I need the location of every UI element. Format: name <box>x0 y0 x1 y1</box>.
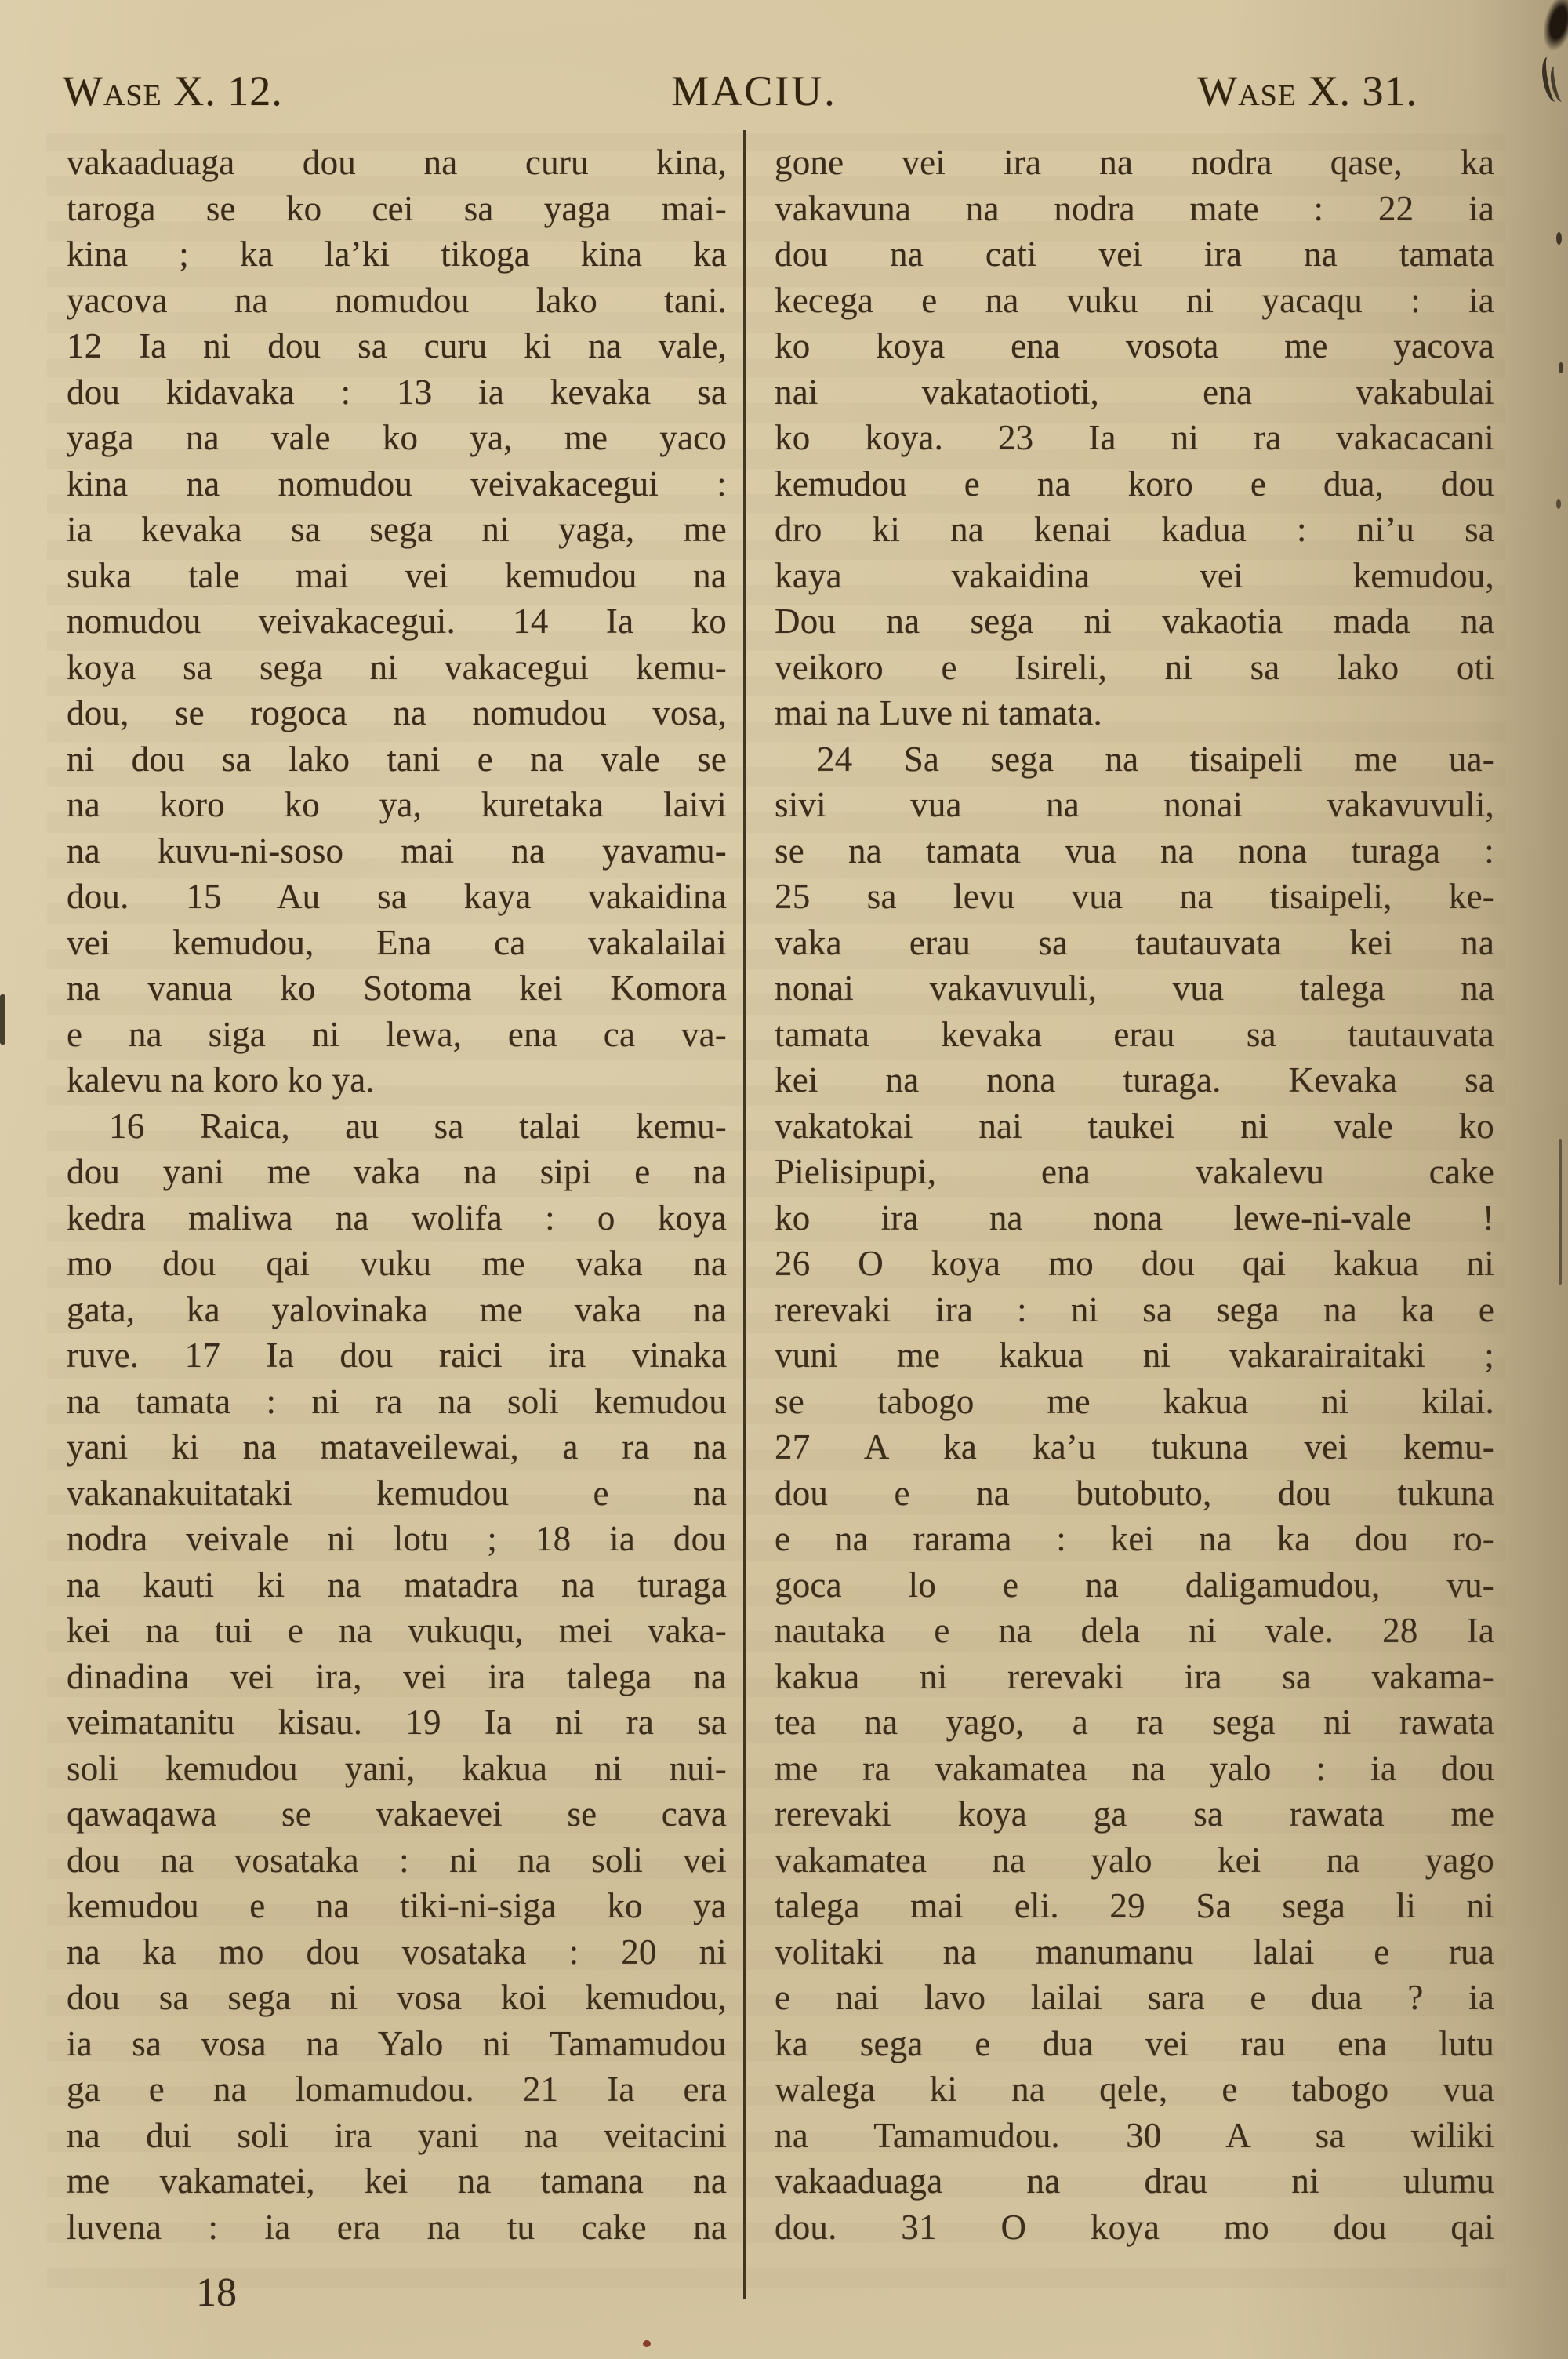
text-line: na ka mo dou vosataka : 20 ni <box>67 1929 727 1976</box>
text-line: Pielisipupi, ena vakalevu cake <box>775 1149 1494 1195</box>
text-line: qawaqawa se vakaevei se cava <box>67 1791 727 1837</box>
text-line: na tamata : ni ra na soli kemudou <box>67 1379 727 1425</box>
text-line: vuni me kakua ni vakarairaitaki ; <box>775 1332 1494 1379</box>
text-line: na kuvu-ni-soso mai na yavamu- <box>67 828 727 874</box>
text-line: nonai vakavuvuli, vua talega na <box>775 965 1494 1012</box>
text-line: volitaki na manumanu lalai e rua <box>775 1929 1494 1976</box>
text-line: ni dou sa lako tani e na vale se <box>67 736 727 783</box>
text-line: nodra veivale ni lotu ; 18 ia dou <box>67 1516 727 1562</box>
text-line: na dui soli ira yani na veitacini <box>67 2113 727 2159</box>
running-head-title: MACIU. <box>671 67 837 114</box>
text-line: na koro ko ya, kuretaka laivi <box>67 782 727 828</box>
text-line: luvena : ia era na tu cake na <box>67 2205 727 2251</box>
text-line: tea na yago, a ra sega ni rawata <box>775 1699 1494 1746</box>
paper-speck <box>1559 362 1563 373</box>
text-line: ka sega e dua vei rau ena lutu <box>775 2021 1494 2067</box>
ink-blot-top-right <box>1538 0 1568 54</box>
text-line: kei na nona turaga. Kevaka sa <box>775 1057 1494 1103</box>
edge-scratch <box>1559 1139 1562 1285</box>
text-line: ko koya ena vosota me yacova <box>775 323 1494 369</box>
text-line: dou, se rogoca na nomudou vosa, <box>67 690 727 736</box>
text-line: e na siga ni lewa, ena ca va- <box>67 1012 727 1058</box>
text-line: dinadina vei ira, vei ira talega na <box>67 1654 727 1700</box>
text-line: dou yani me vaka na sipi e na <box>67 1149 727 1195</box>
text-line: rerevaki ira : ni sa sega na ka e <box>775 1287 1494 1333</box>
text-line: se na tamata vua na nona turaga : <box>775 828 1494 874</box>
text-line: vakaaduaga dou na curu kina, <box>67 140 727 186</box>
text-line: kecega e na vuku ni yacaqu : ia <box>775 278 1494 324</box>
text-line: kina ; ka la’ki tikoga kina ka <box>67 231 727 278</box>
text-line: ko koya. 23 Ia ni ra vakacacani <box>775 415 1494 461</box>
text-line: kaya vakaidina vei kemudou, <box>775 553 1494 599</box>
text-line: dou sa sega ni vosa koi kemudou, <box>67 1975 727 2021</box>
text-line: kalevu na koro ko ya. <box>67 1057 727 1103</box>
right-column: gone vei ira na nodra qase, kavakavuna n… <box>775 140 1494 2250</box>
text-line: veikoro e Isireli, ni sa lako oti <box>775 645 1494 691</box>
text-line: gata, ka yalovinaka me vaka na <box>67 1287 727 1333</box>
text-line: ga e na lomamudou. 21 Ia era <box>67 2066 727 2113</box>
text-line: dro ki na kenai kadua : ni’u sa <box>775 507 1494 553</box>
text-line: veimatanitu kisau. 19 Ia ni ra sa <box>67 1699 727 1746</box>
text-line: goca lo e na daligamudou, vu- <box>775 1562 1494 1608</box>
text-line: e na rarama : kei na ka dou ro- <box>775 1516 1494 1562</box>
page-number: 18 <box>196 2270 237 2316</box>
text-line: talega mai eli. 29 Sa sega li ni <box>775 1883 1494 1929</box>
text-line: vakamatea na yalo kei na yago <box>775 1837 1494 1884</box>
text-line: 16 Raica, au sa talai kemu- <box>67 1103 727 1150</box>
running-head-left: Wase X. 12. <box>63 67 283 114</box>
text-line: kei na tui e na vukuqu, mei vaka- <box>67 1608 727 1654</box>
text-line: nai vakataotioti, ena vakabulai <box>775 369 1494 416</box>
text-line: dou. 31 O koya mo dou qai <box>775 2205 1494 2251</box>
text-line: kemudou e na koro e dua, dou <box>775 461 1494 507</box>
text-line: e nai lavo lailai sara e dua ? ia <box>775 1975 1494 2021</box>
text-line: 24 Sa sega na tisaipeli me ua- <box>775 736 1494 783</box>
text-line: 27 A ka ka’u tukuna vei kemu- <box>775 1424 1494 1470</box>
text-line: vakaaduaga na drau ni ulumu <box>775 2158 1494 2205</box>
text-line: kedra maliwa na wolifa : o koya <box>67 1195 727 1241</box>
text-line: vakanakuitataki kemudou e na <box>67 1470 727 1517</box>
text-line: kakua ni rerevaki ira sa vakama- <box>775 1654 1494 1700</box>
text-line: kina na nomudou veivakacegui : <box>67 461 727 507</box>
text-line: ko ira na nona lewe-ni-vale ! <box>775 1195 1494 1241</box>
text-line: yani ki na mataveilewai, a ra na <box>67 1424 727 1470</box>
text-line: nautaka e na dela ni vale. 28 Ia <box>775 1608 1494 1654</box>
text-line: vei kemudou, Ena ca vakalailai <box>67 920 727 966</box>
text-line: dou e na butobuto, dou tukuna <box>775 1470 1494 1517</box>
left-column: vakaaduaga dou na curu kina,taroga se ko… <box>67 140 727 2250</box>
text-line: taroga se ko cei sa yaga mai- <box>67 186 727 232</box>
text-line: tamata kevaka erau sa tautauvata <box>775 1012 1494 1058</box>
text-line: na Tamamudou. 30 A sa wiliki <box>775 2113 1494 2159</box>
text-line: na vanua ko Sotoma kei Komora <box>67 965 727 1012</box>
paper-speck <box>1556 499 1561 509</box>
text-line: suka tale mai vei kemudou na <box>67 553 727 599</box>
margin-ink-dash <box>0 994 5 1045</box>
text-line: soli kemudou yani, kakua ni nui- <box>67 1746 727 1792</box>
text-line: nomudou veivakacegui. 14 Ia ko <box>67 598 727 645</box>
book-page: Wase X. 12. MACIU. Wase X. 31. vakaaduag… <box>0 0 1568 2359</box>
text-line: ruve. 17 Ia dou raici ira vinaka <box>67 1332 727 1379</box>
text-line: Dou na sega ni vakaotia mada na <box>775 598 1494 645</box>
text-line: kemudou e na tiki-ni-siga ko ya <box>67 1883 727 1929</box>
text-line: koya sa sega ni vakacegui kemu- <box>67 645 727 691</box>
column-divider-rule <box>743 130 746 2299</box>
text-line: mai na Luve ni tamata. <box>775 690 1494 736</box>
running-head-right: Wase X. 31. <box>1197 67 1417 114</box>
text-line: vakavuna na nodra mate : 22 ia <box>775 186 1494 232</box>
text-line: na kauti ki na matadra na turaga <box>67 1562 727 1608</box>
text-line: rerevaki koya ga sa rawata me <box>775 1791 1494 1837</box>
text-line: walega ki na qele, e tabogo vua <box>775 2066 1494 2113</box>
text-line: ia sa vosa na Yalo ni Tamamudou <box>67 2021 727 2067</box>
text-line: mo dou qai vuku me vaka na <box>67 1241 727 1287</box>
paper-speck <box>1556 232 1562 245</box>
text-line: ia kevaka sa sega ni yaga, me <box>67 507 727 553</box>
text-line: yaga na vale ko ya, me yaco <box>67 415 727 461</box>
text-line: 26 O koya mo dou qai kakua ni <box>775 1241 1494 1287</box>
text-line: me ra vakamatea na yalo : ia dou <box>775 1746 1494 1792</box>
text-line: dou na vosataka : ni na soli vei <box>67 1837 727 1884</box>
text-line: se tabogo me kakua ni kilai. <box>775 1379 1494 1425</box>
text-line: dou. 15 Au sa kaya vakaidina <box>67 874 727 920</box>
text-line: dou na cati vei ira na tamata <box>775 231 1494 278</box>
paper-stain-dot <box>643 2340 651 2347</box>
text-line: vakatokai nai taukei ni vale ko <box>775 1103 1494 1150</box>
text-line: sivi vua na nonai vakavuvuli, <box>775 782 1494 828</box>
text-line: me vakamatei, kei na tamana na <box>67 2158 727 2205</box>
text-line: dou kidavaka : 13 ia kevaka sa <box>67 369 727 416</box>
text-line: 25 sa levu vua na tisaipeli, ke- <box>775 874 1494 920</box>
text-line: yacova na nomudou lako tani. <box>67 278 727 324</box>
text-line: vaka erau sa tautauvata kei na <box>775 920 1494 966</box>
text-line: 12 Ia ni dou sa curu ki na vale, <box>67 323 727 369</box>
text-line: gone vei ira na nodra qase, ka <box>775 140 1494 186</box>
